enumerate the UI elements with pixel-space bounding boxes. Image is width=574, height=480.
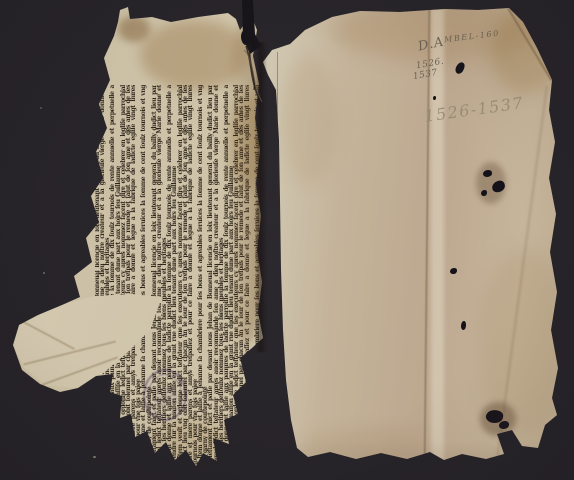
dust-speck: [93, 456, 96, 458]
pencil-annotation-shelfmark: MBEL-160: [444, 29, 501, 45]
crease-line: [23, 341, 116, 365]
wormhole: [461, 321, 466, 330]
library-stamp-icon: [143, 369, 187, 421]
wormhole: [481, 190, 487, 196]
water-stain: [140, 20, 250, 90]
water-stain: [118, 16, 150, 42]
water-stain: [478, 250, 573, 435]
wormhole: [433, 96, 436, 100]
right-page: D.A MBEL-160 1526. 1537 1526-1537: [0, 0, 574, 480]
pencil-annotation-date-range: 1526-1537: [423, 93, 525, 126]
pencil-annotation-year-bottom: 1537: [412, 68, 438, 82]
ink-smudge: [476, 162, 506, 204]
stamp-illegible-marks: [152, 386, 178, 405]
wormhole: [454, 61, 466, 75]
wormhole: [499, 421, 509, 429]
crease-line-vertical: [424, 8, 431, 463]
wormhole: [491, 180, 506, 194]
wormhole: [483, 170, 492, 177]
water-stain: [300, 428, 425, 460]
corner-fold-crease: [507, 8, 552, 81]
ink-smudge: [480, 402, 516, 436]
dust-speck: [40, 107, 42, 109]
wormhole: [485, 409, 504, 425]
water-stain: [330, 2, 540, 60]
dust-speck: [43, 272, 45, 274]
wormhole: [450, 268, 457, 274]
crease-line: [21, 320, 75, 349]
crease-line-diagonal: [496, 86, 548, 460]
water-stain: [490, 8, 560, 93]
fragment-text-block: ¶ Teſtament faict et paſſe par deuant no…: [95, 85, 262, 465]
pencil-annotation-initials: D.A: [417, 34, 446, 54]
water-stain: [150, 418, 230, 460]
binding-threads: [240, 44, 278, 112]
crease-line: [42, 356, 118, 385]
pencil-annotation-year-top: 1526.: [415, 57, 445, 72]
water-stain: [282, 55, 337, 185]
scan-canvas: ¶ Teſtament faict et paſſe par deuant no…: [0, 0, 574, 480]
crease-highlight: [431, 8, 444, 463]
